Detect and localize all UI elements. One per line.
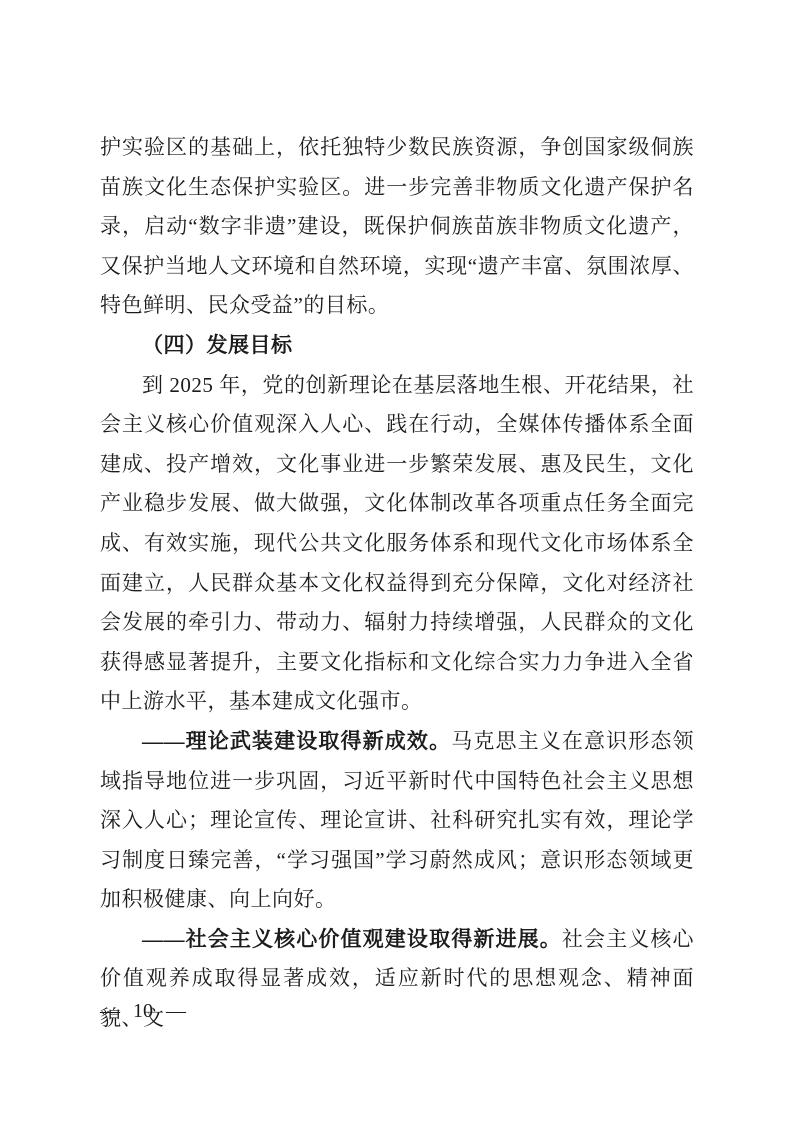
document-content: 护实验区的基础上，依托独特少数民族资源，争创国家级侗族苗族文化生态保护实验区。进… — [100, 128, 694, 1039]
paragraph-continuation: 护实验区的基础上，依托独特少数民族资源，争创国家级侗族苗族文化生态保护实验区。进… — [100, 128, 694, 326]
theory-paragraph-lead: ——理论武装建设取得新成效。 — [142, 729, 451, 753]
values-paragraph-lead: ——社会主义核心价值观建设取得新进展。 — [142, 927, 562, 951]
development-goals-paragraph: 到 2025 年，党的创新理论在基层落地生根、开花结果，社会主义核心价值观深入人… — [100, 366, 694, 722]
theory-paragraph-body: 马克思主义在意识形态领域指导地位进一步巩固，习近平新时代中国特色社会主义思想深入… — [100, 729, 694, 911]
theory-achievement-paragraph: ——理论武装建设取得新成效。马克思主义在意识形态领域指导地位进一步巩固，习近平新… — [100, 722, 694, 920]
page-number: — 10 — — [100, 998, 186, 1024]
document-page: 护实验区的基础上，依托独特少数民族资源，争创国家级侗族苗族文化生态保护实验区。进… — [0, 0, 793, 1122]
core-values-paragraph: ——社会主义核心价值观建设取得新进展。社会主义核心价值观养成取得显著成效，适应新… — [100, 920, 694, 1039]
section-heading: （四）发展目标 — [100, 326, 694, 366]
